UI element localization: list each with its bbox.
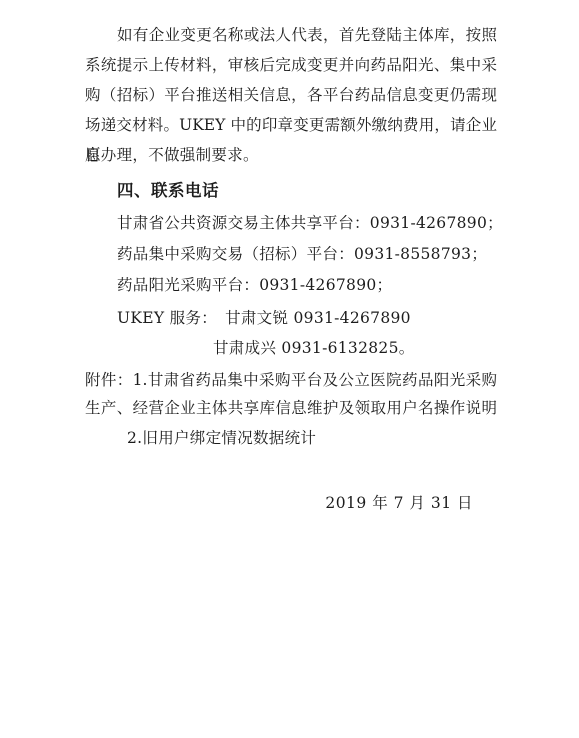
contact-line-public-resource-platform: 甘肃省公共资源交易主体共享平台：0931-4267890； — [117, 208, 503, 238]
paragraph-line: 购（招标）平台推送相关信息，各平台药品信息变更仍需现 — [85, 80, 497, 110]
attachment-line: 生产、经营企业主体共享库信息维护及领取用户名操作说明 — [85, 393, 497, 423]
paragraph-line: 场递交材料。UKEY 中的印章变更需额外缴纳费用，请企业自 — [85, 110, 497, 140]
paragraph-line: 如有企业变更名称或法人代表，首先登陆主体库，按照 — [117, 20, 497, 50]
contact-line-centralized-bidding-platform: 药品集中采购交易（招标）平台：0931-8558793； — [117, 239, 487, 269]
paragraph-line: 愿办理，不做强制要求。 — [85, 140, 497, 170]
contact-line-drug-sunshine-platform: 药品阳光采购平台：0931-4267890； — [117, 270, 392, 300]
contact-line-ukey-service: UKEY 服务： 甘肃文锐 0931-4267890 — [117, 303, 411, 333]
attachment-line: 附件：1.甘肃省药品集中采购平台及公立医院药品阳光采购 — [85, 365, 497, 395]
contact-line-ukey-service-2: 甘肃成兴 0931-6132825。 — [213, 333, 415, 363]
document-date: 2019 年 7 月 31 日 — [85, 488, 473, 518]
document-page: 如有企业变更名称或法人代表，首先登陆主体库，按照 系统提示上传材料，审核后完成变… — [0, 0, 579, 738]
section-heading: 四、联系电话 — [117, 176, 219, 206]
paragraph-line: 系统提示上传材料，审核后完成变更并向药品阳光、集中采 — [85, 50, 497, 80]
attachment-line: 2.旧用户绑定情况数据统计 — [127, 423, 316, 453]
